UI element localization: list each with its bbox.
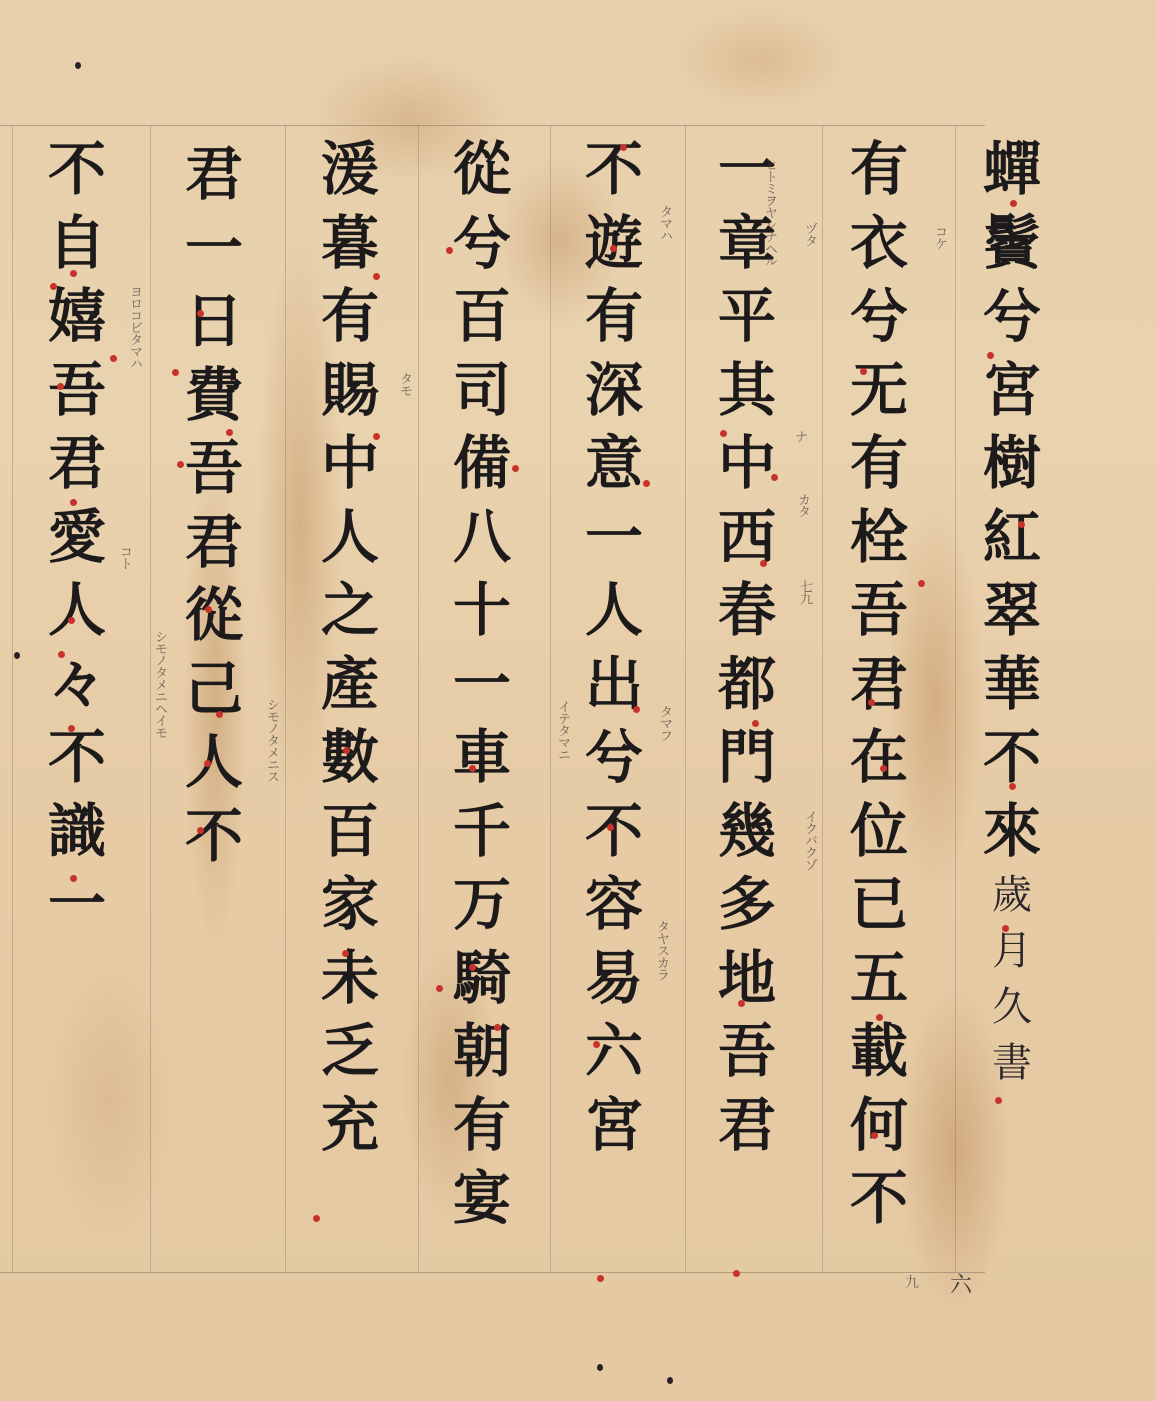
kana-gloss: ヨロコビタマハ: [125, 285, 144, 369]
character: 中: [703, 434, 791, 508]
character: 費: [170, 366, 258, 440]
kana-gloss: ヅタ: [800, 222, 819, 246]
column-rule: [418, 125, 419, 1272]
red-punctuation-dot: [204, 760, 211, 767]
red-punctuation-dot: [70, 499, 77, 506]
character: 歲: [968, 875, 1056, 931]
character: 何: [835, 1096, 923, 1170]
text-column-1: 蟬 鬢 兮 宮 樹 紅 翠 華 不 來 歲 月 久 書: [968, 140, 1056, 1099]
character: 吾: [170, 439, 258, 513]
character: 賜: [306, 361, 394, 435]
character: 翠: [968, 581, 1056, 655]
character: 之: [306, 581, 394, 655]
red-punctuation-dot: [436, 985, 443, 992]
character: 嬉: [33, 287, 121, 361]
red-punctuation-dot: [720, 430, 727, 437]
red-punctuation-dot: [1009, 783, 1016, 790]
ruled-frame-bottom: [0, 1272, 985, 1273]
character: 有: [438, 1096, 526, 1170]
kana-gloss: ヒトミヲヤシナヘル: [760, 158, 779, 266]
character: 暮: [306, 214, 394, 288]
column-rule: [955, 125, 956, 1272]
character: 都: [703, 655, 791, 729]
character: 吾: [835, 581, 923, 655]
red-punctuation-dot: [607, 824, 614, 831]
red-punctuation-dot: [610, 245, 617, 252]
kana-gloss: タモ: [395, 372, 414, 396]
character: 宮: [968, 361, 1056, 435]
red-punctuation-dot: [643, 480, 650, 487]
red-punctuation-dot: [197, 310, 204, 317]
text-column-8: 不 自 嬉 吾 君 愛 人 々 不 識 一: [33, 140, 121, 949]
character: 兮: [570, 728, 658, 802]
ink-speck: [667, 1377, 673, 1384]
red-punctuation-dot: [860, 368, 867, 375]
character: 不: [33, 140, 121, 214]
character: 數: [306, 728, 394, 802]
character: 人: [570, 581, 658, 655]
red-punctuation-dot: [494, 1024, 501, 1031]
ink-speck: [462, 758, 468, 765]
character: 司: [438, 361, 526, 435]
red-punctuation-dot: [880, 765, 887, 772]
character: 吾: [33, 361, 121, 435]
character: 湲: [306, 140, 394, 214]
character: 騎: [438, 949, 526, 1023]
character: 平: [703, 287, 791, 361]
kana-gloss: カタ: [793, 493, 812, 517]
character: 衣: [835, 214, 923, 288]
red-punctuation-dot: [871, 1132, 878, 1139]
kana-gloss: イテタマニ: [553, 700, 572, 760]
character: 車: [438, 728, 526, 802]
kana-gloss: イクバクゾ: [800, 810, 819, 870]
red-punctuation-dot: [771, 474, 778, 481]
character: 西: [703, 508, 791, 582]
red-punctuation-dot: [469, 765, 476, 772]
red-punctuation-dot: [446, 247, 453, 254]
character: 兮: [968, 287, 1056, 361]
red-punctuation-dot: [216, 711, 223, 718]
red-punctuation-dot: [760, 560, 767, 567]
character: 不: [170, 807, 258, 881]
character: 々: [33, 655, 121, 729]
character: 宮: [570, 1096, 658, 1170]
red-punctuation-dot: [876, 1014, 883, 1021]
kana-gloss: コケ: [930, 225, 949, 249]
character: 一: [570, 508, 658, 582]
red-punctuation-dot: [738, 1000, 745, 1007]
character: 君: [33, 434, 121, 508]
kana-gloss: 七九: [795, 580, 814, 604]
character: 已: [835, 875, 923, 949]
character: 出: [570, 655, 658, 729]
character: 識: [33, 802, 121, 876]
character: 深: [570, 361, 658, 435]
character: 有: [835, 140, 923, 214]
red-punctuation-dot: [620, 144, 627, 151]
character: 紅: [968, 508, 1056, 582]
character: 多: [703, 875, 791, 949]
character: 不: [33, 728, 121, 802]
red-punctuation-dot: [57, 383, 64, 390]
ink-speck: [14, 652, 20, 659]
red-punctuation-dot: [172, 369, 179, 376]
red-punctuation-dot: [597, 1275, 604, 1282]
character: 吾: [703, 1022, 791, 1096]
character: 不: [835, 1169, 923, 1243]
red-punctuation-dot: [373, 273, 380, 280]
red-punctuation-dot: [313, 1215, 320, 1222]
character: 君: [703, 1096, 791, 1170]
kana-gloss: タマハ: [655, 205, 674, 241]
character: 地: [703, 949, 791, 1023]
text-column-7: 君 一 日 費 吾 君 從 己 人 不: [170, 145, 258, 880]
character: 易: [570, 949, 658, 1023]
character: 君: [170, 513, 258, 587]
character: 朝: [438, 1022, 526, 1096]
red-punctuation-dot: [226, 429, 233, 436]
red-punctuation-dot: [373, 433, 380, 440]
character: 人: [33, 581, 121, 655]
red-punctuation-dot: [68, 617, 75, 624]
ink-speck: [75, 62, 81, 69]
character: 不: [570, 802, 658, 876]
character: 在: [835, 728, 923, 802]
column-rule: [822, 125, 823, 1272]
character: 自: [33, 214, 121, 288]
character: 一: [438, 655, 526, 729]
red-punctuation-dot: [593, 1041, 600, 1048]
ink-speck: [597, 1364, 603, 1371]
character: 未: [306, 949, 394, 1023]
character: 有: [570, 287, 658, 361]
character: 鬢: [968, 214, 1056, 288]
red-punctuation-dot: [177, 461, 184, 468]
character: 十: [438, 581, 526, 655]
character: 容: [570, 875, 658, 949]
character: 載: [835, 1022, 923, 1096]
character: 日: [170, 292, 258, 366]
character: 人: [170, 733, 258, 807]
character: 兮: [835, 287, 923, 361]
character: 充: [306, 1096, 394, 1170]
kana-gloss: シモノタメニヘイモ: [150, 630, 169, 738]
red-punctuation-dot: [995, 1097, 1002, 1104]
red-punctuation-dot: [987, 352, 994, 359]
red-punctuation-dot: [70, 875, 77, 882]
red-punctuation-dot: [512, 465, 519, 472]
character: 春: [703, 581, 791, 655]
character: 人: [306, 508, 394, 582]
red-punctuation-dot: [343, 747, 350, 754]
red-punctuation-dot: [68, 725, 75, 732]
red-punctuation-dot: [70, 270, 77, 277]
text-column-2: 有 衣 兮 无 有 栓 吾 君 在 位 已 五 載 何 不: [835, 140, 923, 1243]
character: 百: [438, 287, 526, 361]
column-rule: [550, 125, 551, 1272]
character: 己: [170, 660, 258, 734]
character: 千: [438, 802, 526, 876]
kana-gloss: シモノタメニス: [262, 698, 281, 782]
character: 一: [33, 875, 121, 949]
red-punctuation-dot: [58, 651, 65, 658]
character: 家: [306, 875, 394, 949]
character: 八: [438, 508, 526, 582]
character: 書: [968, 1043, 1056, 1099]
character: 來: [968, 802, 1056, 876]
character: 位: [835, 802, 923, 876]
red-punctuation-dot: [918, 580, 925, 587]
character: 月: [968, 931, 1056, 987]
column-rule: [285, 125, 286, 1272]
text-column-5: 從 兮 百 司 備 八 十 一 車 千 万 騎 朝 有 宴: [438, 140, 526, 1243]
character: 幾: [703, 802, 791, 876]
character: 久: [968, 987, 1056, 1043]
character: 不: [968, 728, 1056, 802]
red-punctuation-dot: [1010, 200, 1017, 207]
character: 從: [438, 140, 526, 214]
character: 六: [570, 1022, 658, 1096]
red-punctuation-dot: [110, 355, 117, 362]
character: 栓: [835, 508, 923, 582]
kana-gloss: コト: [115, 545, 134, 569]
red-punctuation-dot: [868, 699, 875, 706]
character: 有: [835, 434, 923, 508]
red-punctuation-dot: [205, 606, 212, 613]
kana-gloss: ナ: [790, 430, 809, 442]
character: 五: [835, 949, 923, 1023]
red-punctuation-dot: [1002, 925, 1009, 932]
character: 愛: [33, 508, 121, 582]
character: 從: [170, 586, 258, 660]
character: 意: [570, 434, 658, 508]
red-punctuation-dot: [469, 964, 476, 971]
character: 有: [306, 287, 394, 361]
character: 万: [438, 875, 526, 949]
character: 樹: [968, 434, 1056, 508]
character: 一: [170, 219, 258, 293]
red-punctuation-dot: [633, 706, 640, 713]
character: 不: [570, 140, 658, 214]
character: 其: [703, 361, 791, 435]
character: 門: [703, 728, 791, 802]
kana-gloss: タマフ: [655, 705, 674, 741]
red-punctuation-dot: [1018, 521, 1025, 528]
red-punctuation-dot: [197, 827, 204, 834]
character: 百: [306, 802, 394, 876]
red-punctuation-dot: [752, 720, 759, 727]
character: 宴: [438, 1169, 526, 1243]
margin-page-number: 六: [950, 1268, 972, 1299]
column-rule: [12, 125, 13, 1272]
column-rule: [685, 125, 686, 1272]
ruled-frame-top: [0, 125, 985, 126]
text-column-6: 湲 暮 有 賜 中 人 之 產 數 百 家 未 乏 充: [306, 140, 394, 1169]
character: 君: [170, 145, 258, 219]
kana-gloss: タヤスカラ: [652, 920, 671, 980]
character: 華: [968, 655, 1056, 729]
red-punctuation-dot: [733, 1270, 740, 1277]
character: 无: [835, 361, 923, 435]
red-punctuation-dot: [50, 283, 57, 290]
manuscript-page: 蟬 鬢 兮 宮 樹 紅 翠 華 不 來 歲 月 久 書 有 衣 兮 无 有 栓 …: [0, 0, 1156, 1401]
text-column-3: 一 章 平 其 中 西 春 都 門 幾 多 地 吾 君: [703, 140, 791, 1169]
character: 君: [835, 655, 923, 729]
character: 乏: [306, 1022, 394, 1096]
red-punctuation-dot: [342, 950, 349, 957]
character: 中: [306, 434, 394, 508]
margin-small-number: 九: [905, 1272, 919, 1292]
text-column-4: 不 遊 有 深 意 一 人 出 兮 不 容 易 六 宮: [570, 140, 658, 1169]
character: 產: [306, 655, 394, 729]
